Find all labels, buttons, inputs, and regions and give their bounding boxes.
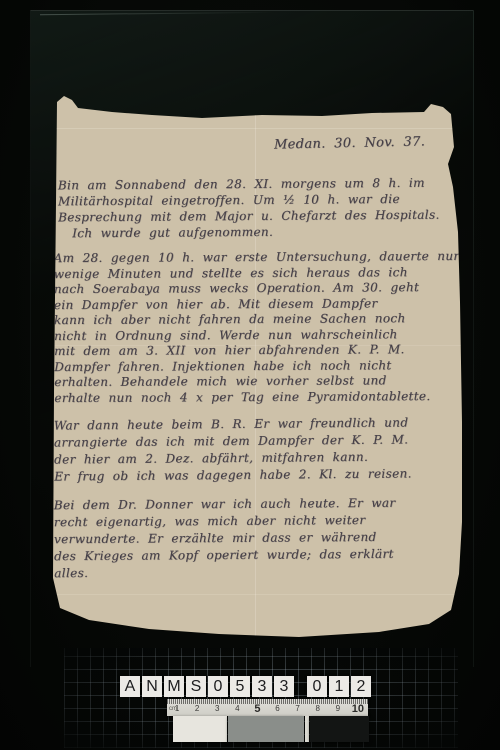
ruler-number: 1 [167, 703, 187, 715]
ruler-number: 2 [187, 703, 207, 715]
label-tile: M [164, 676, 184, 697]
label-tile: 5 [230, 676, 250, 697]
ruler-number: 6 [267, 703, 287, 715]
label-tile: 3 [252, 676, 272, 697]
ruler-numbers: 1 2 3 4 5 6 7 8 9 10 [167, 703, 368, 715]
ruler-number: 5 [247, 703, 267, 715]
letter-dateline: Medan. 30. Nov. 37. [274, 134, 425, 152]
ruler-number: 4 [227, 703, 247, 715]
handwriting-line: Besprechung mit dem Major u. Chefarzt de… [58, 207, 440, 226]
handwriting-line: Am 28. gegen 10 h. war erste Untersuchun… [54, 249, 460, 267]
ruler-number: 8 [308, 703, 328, 715]
handwriting-line: erhalte nun noch 4 x per Tag eine Pyrami… [54, 388, 460, 406]
ruler-number: 10 [348, 703, 368, 715]
ruler-number: 9 [328, 703, 348, 715]
scale-ruler: cm 1 2 3 4 5 6 7 8 9 10 [167, 699, 368, 716]
letter-paragraph-3: War dann heute beim B. R. Er war freundl… [54, 414, 412, 485]
handwriting-line: kann ich aber nicht fahren da meine Sach… [54, 311, 460, 329]
label-tile: S [186, 676, 206, 697]
letter-paragraph-4: Bei dem Dr. Donner war ich auch heute. E… [54, 495, 396, 582]
grayscale-patch-mid-gray [228, 716, 304, 742]
label-tile: 0 [208, 676, 228, 697]
ruler-number: 7 [288, 703, 308, 715]
label-tile: 2 [351, 676, 371, 697]
letter-paragraph-2: Am 28. gegen 10 h. war erste Untersuchun… [54, 249, 461, 406]
grayscale-patch-black [310, 716, 369, 742]
grayscale-patch-white [173, 716, 227, 742]
horizontal-fold-crease [52, 128, 464, 129]
handwriting-line: des Krieges am Kopf operiert wurde; das … [54, 546, 396, 565]
handwriting-line: Ich wurde gut aufgenommen. [72, 223, 440, 242]
handwriting-line: mit dem am 3. XII von hier abfahrenden K… [54, 342, 460, 360]
label-tile: N [142, 676, 162, 697]
handwriting-line: nach Soerabaya muss wecks Operation. Am … [54, 280, 460, 298]
handwriting-line: alles. [54, 563, 396, 582]
label-tile: 1 [329, 676, 349, 697]
ruler-number: 3 [207, 703, 227, 715]
grayscale-patch-divider [305, 716, 309, 742]
accession-number-label: A N M S 0 5 3 3 0 1 2 [120, 676, 371, 697]
label-tile: 3 [274, 676, 294, 697]
letter-paragraph-1: Bin am Sonnabend den 28. XI. morgens um … [58, 175, 440, 242]
handwritten-letter-paper: Medan. 30. Nov. 37. Bin am Sonnabend den… [52, 92, 464, 640]
label-tile: 0 [307, 676, 327, 697]
catalog-photo-background: Medan. 30. Nov. 37. Bin am Sonnabend den… [0, 0, 500, 750]
grayscale-calibration-bar [173, 716, 369, 742]
handwriting-line: Er frug ob ich was dagegen habe 2. Kl. z… [54, 465, 412, 485]
horizontal-fold-crease [52, 594, 464, 595]
label-tile: A [120, 676, 140, 697]
